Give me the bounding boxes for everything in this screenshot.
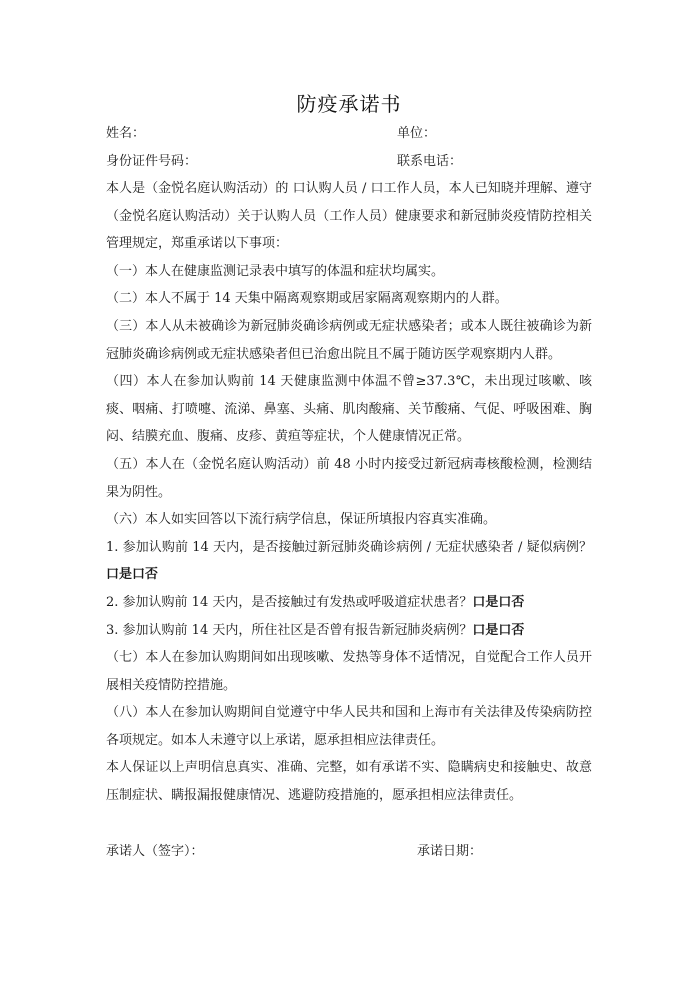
question-1-yes-no-options[interactable]: 口是口否 — [106, 567, 158, 582]
commitment-item-2: （二）本人不属于 14 天集中隔离观察期或居家隔离观察期内的人群。 — [106, 285, 592, 313]
question-2-yes-no-options[interactable]: 口是口否 — [472, 595, 524, 610]
commitment-item-7: （七）本人在参加认购期间如出现咳嗽、发热等身体不适情况，自觉配合工作人员开展相关… — [106, 644, 592, 699]
question-3-yes-no-options[interactable]: 口是口否 — [472, 623, 524, 638]
id-number-field-label: 身份证件号码： — [106, 152, 197, 172]
personal-info-row-1: 姓名： 单位： — [106, 124, 592, 144]
commitment-item-4: （四）本人在参加认购前 14 天健康监测中体温不曾≥37.3℃，未出现过咳嗽、咳… — [106, 368, 592, 451]
name-field-label: 姓名： — [106, 124, 145, 144]
signer-signature-label: 承诺人（签字）： — [106, 842, 204, 862]
epidemiology-question-3: 3. 参加认购前 14 天内，所住社区是否曾有报告新冠肺炎病例？口是口否 — [106, 617, 592, 645]
commitment-item-6: （六）本人如实回答以下流行病学信息，保证所填报内容真实准确。 — [106, 506, 592, 534]
intro-paragraph: 本人是（金悦名庭认购活动）的 口认购人员 / 口工作人员，本人已知晓并理解、遵守… — [106, 175, 592, 258]
commitment-date-label: 承诺日期： — [417, 842, 482, 862]
document-body: 本人是（金悦名庭认购活动）的 口认购人员 / 口工作人员，本人已知晓并理解、遵守… — [106, 175, 592, 810]
commitment-item-3: （三）本人从未被确诊为新冠肺炎确诊病例或无症状感染者；或本人既往被确诊为新冠肺炎… — [106, 313, 592, 368]
question-1-text: 1. 参加认购前 14 天内，是否接触过新冠肺炎确诊病例 / 无症状感染者 / … — [106, 540, 592, 555]
commitment-item-8: （八）本人在参加认购期间自觉遵守中华人民共和国和上海市有关法律及传染病防控各项规… — [106, 699, 592, 754]
question-3-text: 3. 参加认购前 14 天内，所住社区是否曾有报告新冠肺炎病例？ — [106, 623, 472, 638]
closing-statement: 本人保证以上声明信息真实、准确、完整，如有承诺不实、隐瞒病史和接触史、故意压制症… — [106, 754, 592, 809]
document-title: 防疫承诺书 — [106, 90, 592, 118]
epidemiology-question-2: 2. 参加认购前 14 天内，是否接触过有发热或呼吸道症状患者？口是口否 — [106, 589, 592, 617]
personal-info-row-2: 身份证件号码： 联系电话： — [106, 152, 592, 172]
epidemiology-question-1: 1. 参加认购前 14 天内，是否接触过新冠肺炎确诊病例 / 无症状感染者 / … — [106, 534, 592, 589]
unit-field-label: 单位： — [397, 124, 436, 144]
signature-row: 承诺人（签字）： 承诺日期： — [106, 842, 592, 862]
commitment-item-5: （五）本人在（金悦名庭认购活动）前 48 小时内接受过新冠病毒核酸检测，检测结果… — [106, 451, 592, 506]
commitment-item-1: （一）本人在健康监测记录表中填写的体温和症状均属实。 — [106, 258, 592, 286]
phone-field-label: 联系电话： — [397, 152, 462, 172]
question-2-text: 2. 参加认购前 14 天内，是否接触过有发热或呼吸道症状患者？ — [106, 595, 472, 610]
